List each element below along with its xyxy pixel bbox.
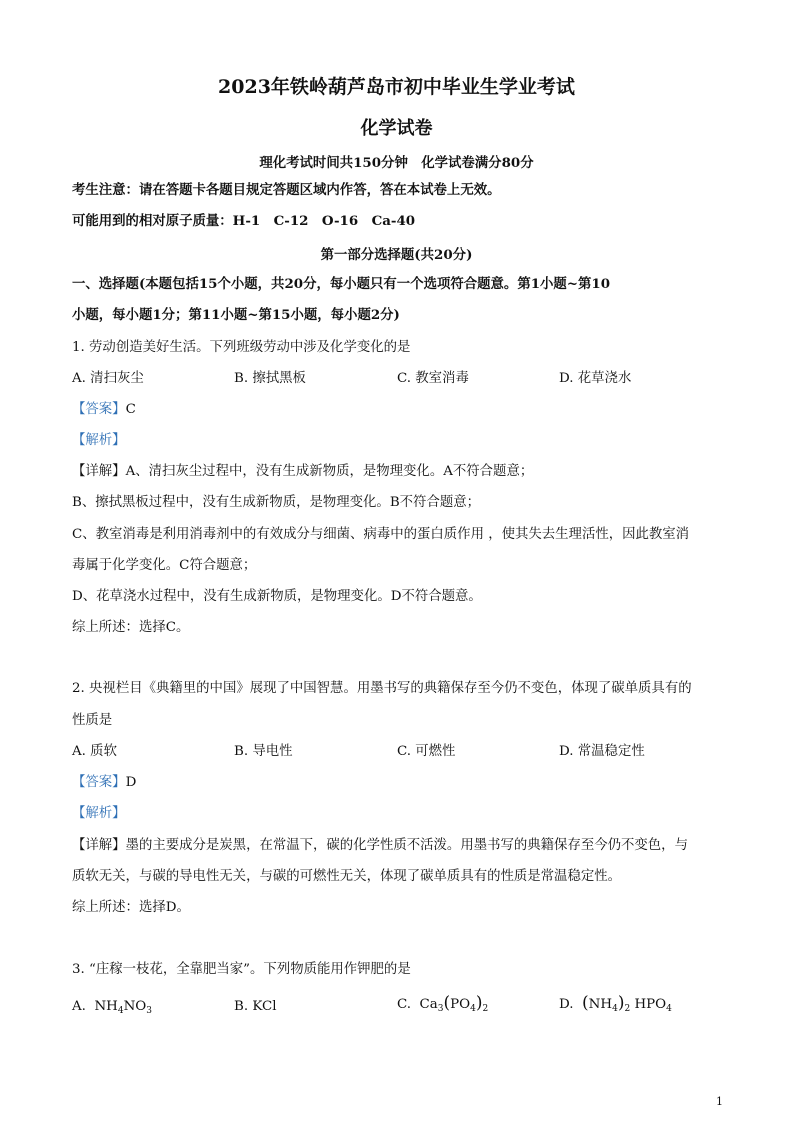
q2-analysis-label: 【解析】 xyxy=(72,805,126,823)
answer-value: D xyxy=(126,775,137,790)
q1-detail-3: 毒属于化学变化。C符合题意； xyxy=(72,557,256,575)
answer-value: C xyxy=(126,402,136,417)
q2-option-d: D. 常温稳定性 xyxy=(559,743,645,761)
q2-stem-1: 性质是 xyxy=(72,712,112,730)
q1-stem: 1. 劳动创造美好生活。下列班级劳动中涉及化学变化的是 xyxy=(72,339,410,357)
q3-stem: 3. “庄稼一枝花，全靠肥当家”。下列物质能用作钾肥的是 xyxy=(72,961,411,979)
exam-title: 2023年铁岭葫芦岛市初中毕业生学业考试 xyxy=(0,72,793,99)
exam-subtitle: 化学试卷 xyxy=(0,114,793,140)
q1-detail-0: 【详解】A、清扫灰尘过程中，没有生成新物质，是物理变化。A不符合题意； xyxy=(72,463,533,481)
page-number: 1 xyxy=(716,1095,723,1108)
q3-option-d: D. (NH4)2 HPO4 xyxy=(559,994,672,1018)
q2-summary: 综上所述：选择D。 xyxy=(72,899,190,917)
q3-option-a: A. NH4NO3 xyxy=(72,998,152,1020)
q1-option-b: B. 擦拭黑板 xyxy=(234,370,306,388)
answer-label: 【答案】 xyxy=(72,402,126,417)
q2-answer: 【答案】D xyxy=(72,774,136,792)
q1-detail-1: B、擦拭黑板过程中，没有生成新物质，是物理变化。B不符合题意； xyxy=(72,494,480,512)
q1-option-a: A. 清扫灰尘 xyxy=(72,370,144,388)
instructions-line1: 一、选择题(本题包括15个小题，共20分，每小题只有一个选项符合题意。第1小题~… xyxy=(72,275,610,293)
notice: 考生注意：请在答题卡各题目规定答题区域内作答，答在本试卷上无效。 xyxy=(72,181,501,199)
q1-analysis-label: 【解析】 xyxy=(72,432,126,450)
q3-option-c: C. Ca3(PO4)2 xyxy=(397,994,488,1018)
q1-detail-2: C、教室消毒是利用消毒剂中的有效成分与细菌、病毒中的蛋白质作用 ，使其失去生理活… xyxy=(72,526,689,544)
q3-option-b: B. KCl xyxy=(234,998,277,1016)
instructions-line2: 小题，每小题1分；第11小题~第15小题，每小题2分) xyxy=(72,306,400,324)
time-info: 理化考试时间共150分钟 化学试卷满分80分 xyxy=(0,152,793,171)
q1-option-c: C. 教室消毒 xyxy=(397,370,469,388)
formula-nh4no3: NH4NO3 xyxy=(94,999,152,1014)
detail-label: 【详解】 xyxy=(72,464,126,479)
answer-label: 【答案】 xyxy=(72,775,126,790)
q2-option-a: A. 质软 xyxy=(72,743,117,761)
q2-option-b: B. 导电性 xyxy=(234,743,293,761)
q2-detail-0: 【详解】墨的主要成分是炭黑，在常温下，碳的化学性质不活泼。用墨书写的典籍保存至今… xyxy=(72,837,688,855)
atomic-mass: 可能用到的相对原子质量：H-1 C-12 O-16 Ca-40 xyxy=(72,212,415,230)
q1-summary: 综上所述：选择C。 xyxy=(72,619,189,637)
formula-nh42hpo4: (NH4)2 HPO4 xyxy=(582,997,672,1012)
q1-detail-4: D、花草浇水过程中，没有生成新物质，是物理变化。D不符合题意。 xyxy=(72,588,482,606)
detail-label: 【详解】 xyxy=(72,838,126,853)
formula-ca3po42: Ca3(PO4)2 xyxy=(420,997,489,1012)
part-title: 第一部分选择题(共20分) xyxy=(0,244,793,263)
q1-answer: 【答案】C xyxy=(72,401,136,419)
q2-detail-1: 质软无关，与碳的导电性无关，与碳的可燃性无关，体现了碳单质具有的性质是常温稳定性… xyxy=(72,868,621,886)
q2-stem-0: 2. 央视栏目《典籍里的中国》展现了中国智慧。用墨书写的典籍保存至今仍不变色，体… xyxy=(72,680,692,698)
q2-option-c: C. 可燃性 xyxy=(397,743,455,761)
q1-option-d: D. 花草浇水 xyxy=(559,370,631,388)
